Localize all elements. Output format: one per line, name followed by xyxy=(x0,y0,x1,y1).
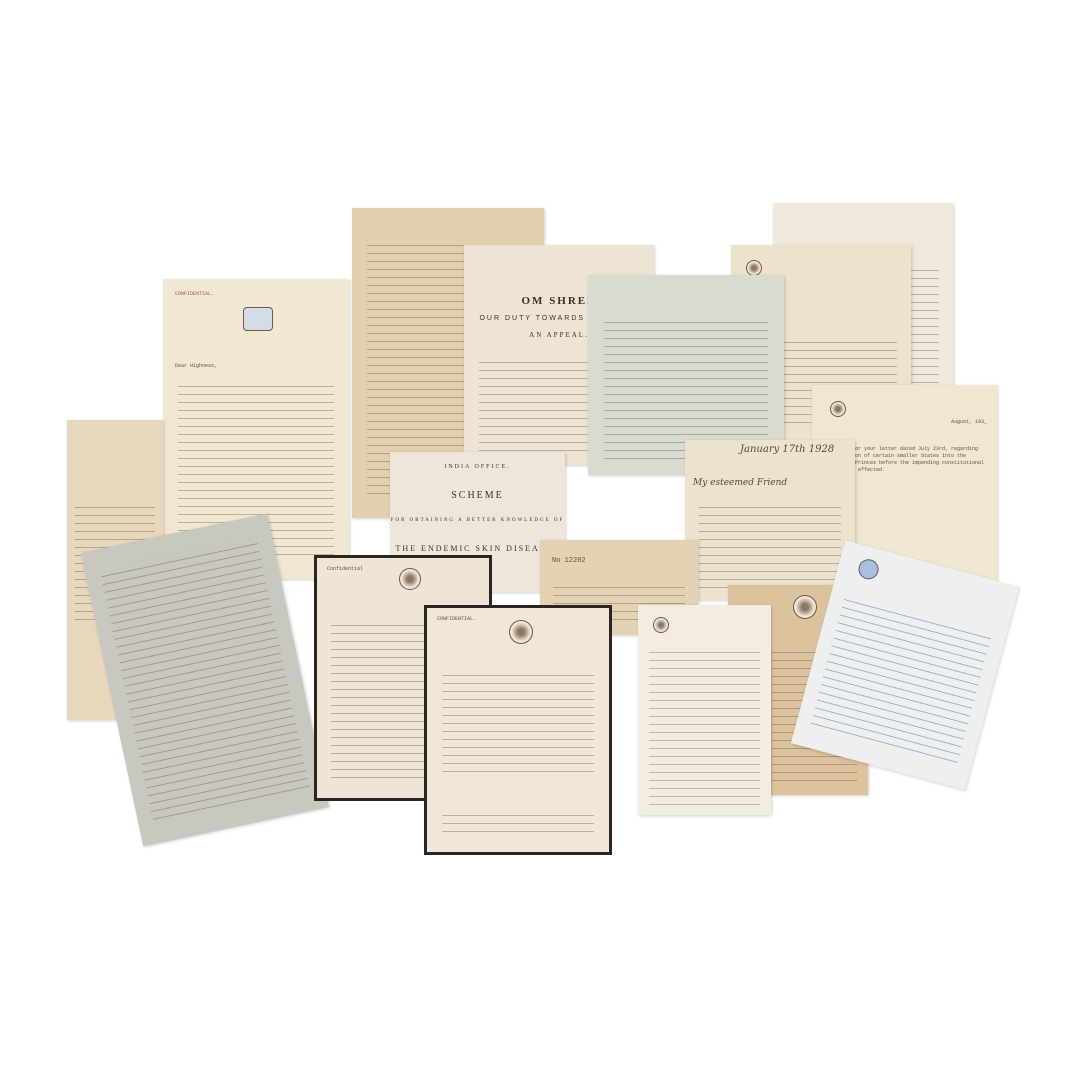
framed2-heading: CONFIDENTIAL. xyxy=(427,610,486,629)
handwritten-salutation: My esteemed Friend xyxy=(693,478,787,488)
framed-letter-2: CONFIDENTIAL. xyxy=(424,605,612,855)
framed-heading: Confidential xyxy=(317,560,373,579)
august-date: August, 193_ xyxy=(941,413,997,432)
scheme-subtitle: FOR OBTAINING A BETTER KNOWLEDGE OF xyxy=(390,518,565,523)
confidential-heading: CONFIDENTIAL. xyxy=(165,285,224,304)
scheme-title: SCHEME xyxy=(390,490,565,501)
scheme-title2: THE ENDEMIC SKIN DISEASES xyxy=(390,544,565,553)
slip-number: No 12202 xyxy=(542,552,596,571)
scheme-heading: INDIA OFFICE. xyxy=(390,464,565,470)
document-handwritten: January 17th 1928 My esteemed Friend xyxy=(685,440,855,600)
handwritten-date: January 17th 1928 xyxy=(740,444,834,455)
confidential-salutation: Dear Highness, xyxy=(165,357,227,376)
document-small-handwritten xyxy=(638,605,771,815)
